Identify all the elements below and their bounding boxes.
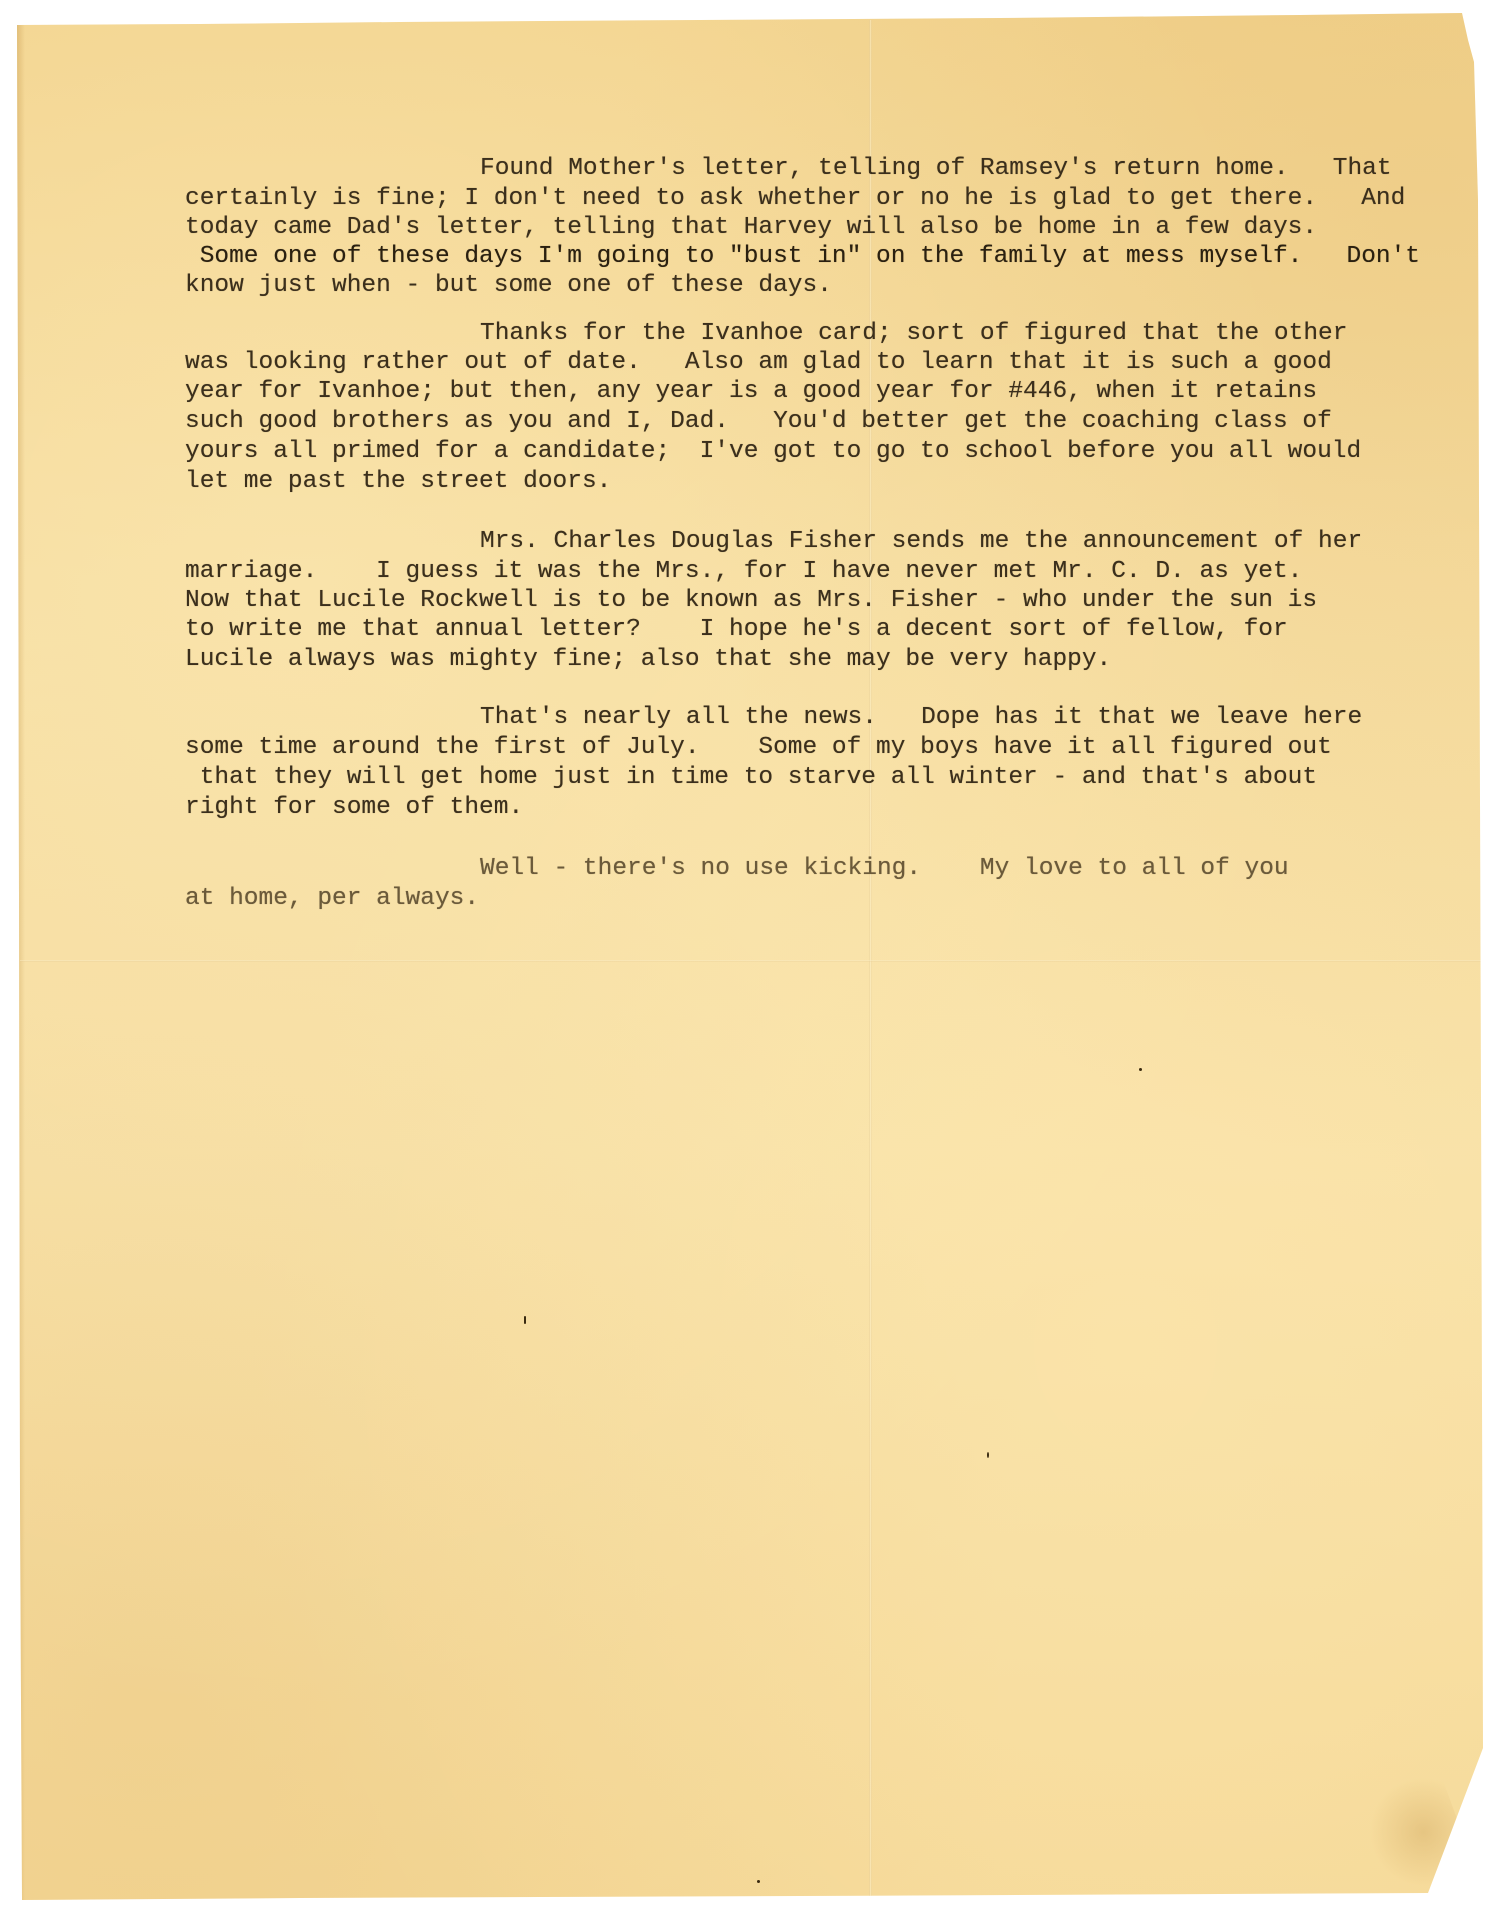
letter-line: to write me that annual letter? I hope h… (185, 618, 1288, 643)
letter-line: Well - there's no use kicking. My love t… (480, 857, 1289, 882)
letter-line: right for some of them. (185, 796, 523, 821)
letter-line: some time around the first of July. Some… (185, 736, 1332, 761)
letter-line: today came Dad's letter, telling that Ha… (185, 216, 1317, 241)
letter-line: marriage. I guess it was the Mrs., for I… (185, 560, 1302, 585)
letter-line: at home, per always. (185, 887, 479, 912)
letter-line: year for Ivanhoe; but then, any year is … (185, 380, 1317, 405)
letter-line: such good brothers as you and I, Dad. Yo… (185, 410, 1332, 435)
letter-line: was looking rather out of date. Also am … (185, 351, 1332, 376)
letter-line: That's nearly all the news. Dope has it … (480, 706, 1362, 731)
letter-line: Mrs. Charles Douglas Fisher sends me the… (480, 530, 1362, 555)
letter-line: yours all primed for a candidate; I've g… (185, 440, 1361, 465)
letter-line: Found Mother's letter, telling of Ramsey… (480, 157, 1392, 182)
letter-line: Some one of these days I'm going to "bus… (185, 245, 1420, 270)
letter-line: Now that Lucile Rockwell is to be known … (185, 589, 1317, 614)
letter-line: Thanks for the Ivanhoe card; sort of fig… (480, 322, 1347, 347)
letter-line: know just when - but some one of these d… (185, 274, 832, 299)
letter-line: certainly is fine; I don't need to ask w… (185, 187, 1405, 212)
letter-line: let me past the street doors. (185, 470, 611, 495)
letter-body: Found Mother's letter, telling of Ramsey… (0, 0, 1500, 1920)
letter-line: that they will get home just in time to … (185, 766, 1317, 791)
letter-line: Lucile always was mighty fine; also that… (185, 648, 1111, 673)
